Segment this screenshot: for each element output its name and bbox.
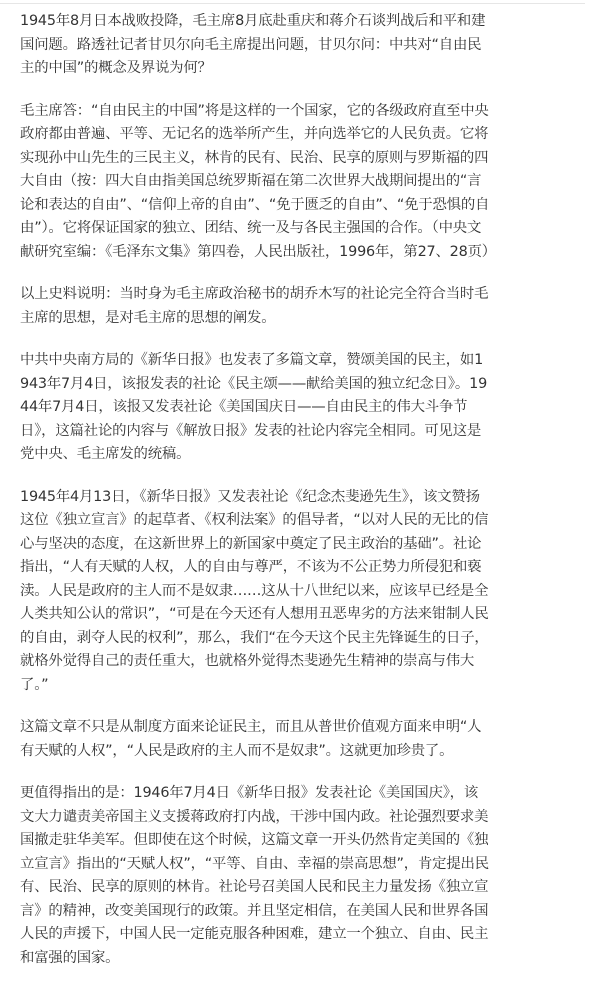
paragraph-2: 毛主席答：“自由民主的中国”将是这样的一个国家，它的各级政府直至中央政府都由普遍…: [20, 100, 490, 265]
paragraph-4: 中共中央南方局的《新华日报》也发表了多篇文章，赞颂美国的民主，如1943年7月4…: [20, 349, 490, 467]
paragraph-3: 以上史料说明：当时身为毛主席政治秘书的胡乔木写的社论完全符合当时毛主席的思想，是…: [20, 283, 490, 330]
paragraph-7: 更值得指出的是：1946年7月4日《新华日报》发表社论《美国国庆》，该文大力谴责…: [20, 782, 490, 970]
paragraph-1: 1945年8月日本战败投降，毛主席8月底赴重庆和蒋介石谈判战后和平和建国问题。路…: [20, 10, 490, 81]
paragraph-5: 1945年4月13日，《新华日报》又发表社论《纪念杰斐逊先生》，该文赞扬这位《独…: [20, 486, 490, 698]
article-body: 1945年8月日本战败投降，毛主席8月底赴重庆和蒋介石谈判战后和平和建国问题。路…: [20, 10, 490, 989]
paragraph-6: 这篇文章不只是从制度方面来论证民主，而且从普世价值观方面来申明“人有天赋的人权”…: [20, 716, 490, 763]
top-divider: [0, 3, 585, 4]
